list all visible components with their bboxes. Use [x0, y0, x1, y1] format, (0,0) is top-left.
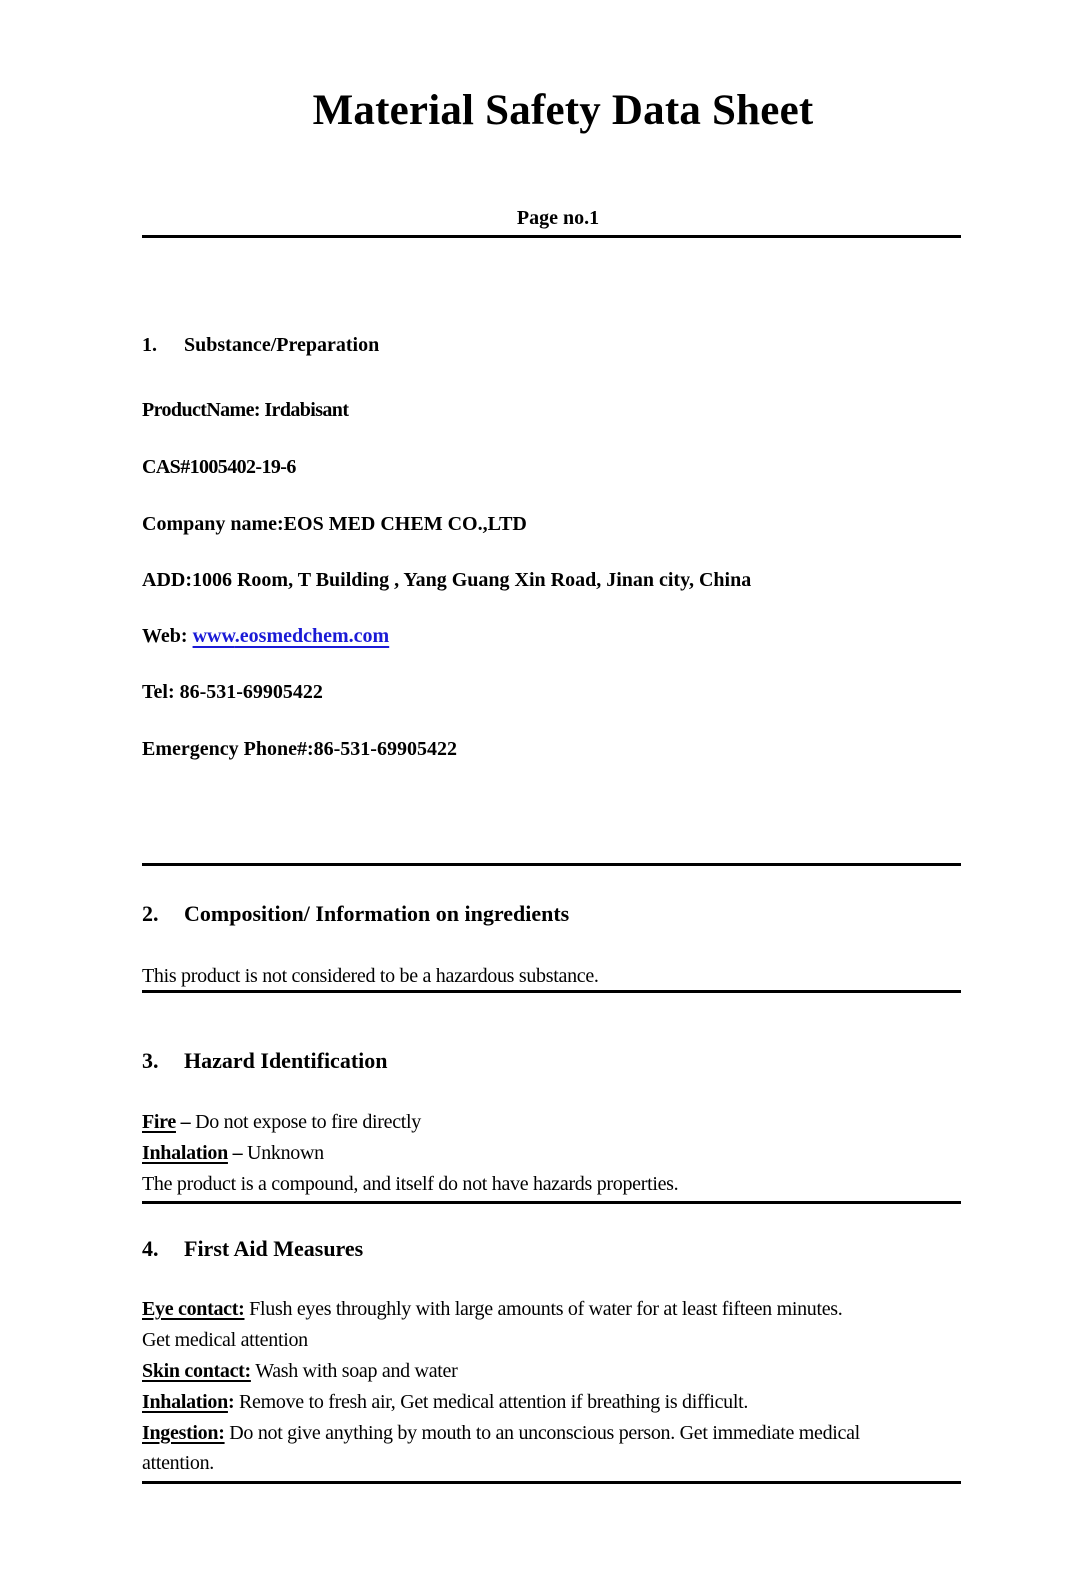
first-aid-label: Eye contact:: [142, 1298, 244, 1320]
first-aid-ingestion-cont: attention.: [142, 1452, 214, 1475]
first-aid-skin: Skin contact: Wash with soap and water: [142, 1360, 457, 1383]
company-address: ADD:1006 Room, T Building , Yang Guang X…: [142, 569, 751, 592]
hazard-label: Inhalation: [142, 1142, 228, 1164]
website-link-domain[interactable]: .eosmedchem.com: [235, 625, 389, 647]
section-number: 1.: [142, 334, 184, 357]
section-3-heading: 3.Hazard Identification: [142, 1048, 388, 1074]
hazard-note: The product is a compound, and itself do…: [142, 1173, 678, 1196]
hazard-inhalation: Inhalation – Unknown: [142, 1142, 324, 1165]
section-title: First Aid Measures: [184, 1236, 363, 1261]
section-1-heading: 1.Substance/Preparation: [142, 334, 379, 357]
first-aid-label: Skin contact:: [142, 1360, 251, 1382]
website-link[interactable]: www: [193, 625, 235, 647]
page-number: Page no.1: [0, 207, 1089, 230]
hazard-fire: Fire – Do not expose to fire directly: [142, 1111, 421, 1134]
section-number: 2.: [142, 901, 184, 927]
document-title: Material Safety Data Sheet: [0, 86, 1089, 135]
emergency-phone: Emergency Phone#:86-531-69905422: [142, 738, 457, 761]
section-divider: [142, 863, 961, 866]
header-divider: [142, 235, 961, 238]
first-aid-inhalation: Inhalation: Remove to fresh air, Get med…: [142, 1391, 748, 1414]
first-aid-ingestion: Ingestion: Do not give anything by mouth…: [142, 1422, 860, 1445]
website-label: Web:: [142, 625, 193, 647]
section-divider: [142, 1481, 961, 1484]
cas-number: CAS#1005402-19-6: [142, 456, 296, 479]
section-divider: [142, 1201, 961, 1204]
section-divider: [142, 990, 961, 993]
company-name: Company name:EOS MED CHEM CO.,LTD: [142, 513, 527, 536]
section-number: 4.: [142, 1236, 184, 1262]
section-title: Hazard Identification: [184, 1048, 388, 1073]
first-aid-label: Ingestion:: [142, 1422, 225, 1444]
product-name: ProductName: Irdabisant: [142, 399, 348, 422]
section-2-heading: 2.Composition/ Information on ingredient…: [142, 901, 569, 927]
composition-statement: This product is not considered to be a h…: [142, 965, 599, 988]
website-line: Web: www.eosmedchem.com: [142, 625, 389, 648]
telephone: Tel: 86-531-69905422: [142, 681, 323, 704]
section-title: Substance/Preparation: [184, 334, 379, 356]
first-aid-eye-cont: Get medical attention: [142, 1329, 308, 1352]
first-aid-label: Inhalation: [142, 1391, 228, 1413]
section-4-heading: 4.First Aid Measures: [142, 1236, 363, 1262]
section-number: 3.: [142, 1048, 184, 1074]
section-title: Composition/ Information on ingredients: [184, 901, 569, 926]
hazard-label: Fire: [142, 1111, 176, 1133]
first-aid-eye: Eye contact: Flush eyes throughly with l…: [142, 1298, 843, 1321]
